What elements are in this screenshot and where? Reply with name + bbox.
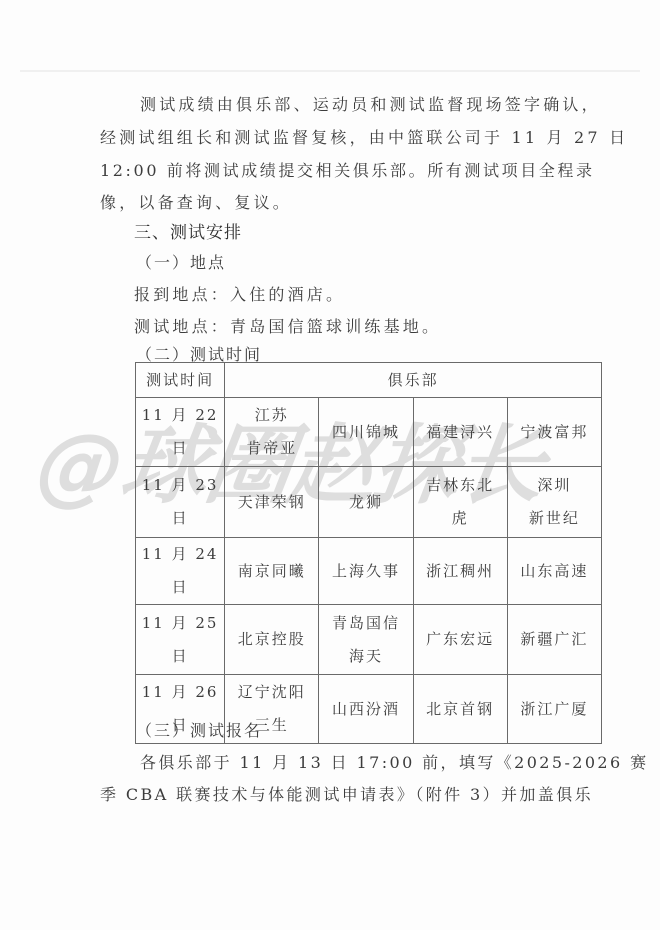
report-location-text: 报到地点：入住的酒店。 <box>134 282 345 305</box>
club-cell: 龙狮 <box>319 467 413 538</box>
registration-line-2: 季 CBA 联赛技术与体能测试申请表》（附件 3）并加盖俱乐 <box>100 782 593 805</box>
club-cell: 北京首钢 <box>413 675 507 744</box>
test-location-text: 测试地点：青岛国信篮球训练基地。 <box>134 314 441 337</box>
registration-line-1: 各俱乐部于 11 月 13 日 17:00 前，填写《2025-2026 赛 <box>140 750 648 773</box>
club-cell: 新疆广汇 <box>507 605 601 675</box>
club-cell: 四川锦城 <box>319 398 413 467</box>
club-cell: 浙江广厦 <box>507 675 601 744</box>
table-row: 11 月 22 日 江苏肯帝亚 四川锦城 福建浔兴 宁波富邦 <box>136 398 602 467</box>
subheading-location: （一）地点 <box>136 250 226 273</box>
results-paragraph-line-4: 像，以备查询、复议。 <box>100 190 292 213</box>
club-cell: 山西汾酒 <box>319 675 413 744</box>
club-cell: 宁波富邦 <box>507 398 601 467</box>
table-row: 11 月 26 日 辽宁沈阳三生 山西汾酒 北京首钢 浙江广厦 <box>136 675 602 744</box>
table-row: 11 月 23 日 天津荣钢 龙狮 吉林东北虎 深圳新世纪 <box>136 467 602 538</box>
table-row: 11 月 25 日 北京控股 青岛国信海天 广东宏远 新疆广汇 <box>136 605 602 675</box>
club-cell: 江苏肯帝亚 <box>225 398 319 467</box>
row-date: 11 月 25 日 <box>136 605 225 675</box>
scan-bleed-through <box>20 70 640 72</box>
club-cell: 山东高速 <box>507 538 601 605</box>
test-schedule-table: 测试时间 俱乐部 11 月 22 日 江苏肯帝亚 四川锦城 福建浔兴 宁波富邦 … <box>135 362 602 744</box>
club-cell: 上海久事 <box>319 538 413 605</box>
club-cell: 青岛国信海天 <box>319 605 413 675</box>
section-heading-arrangement: 三、测试安排 <box>134 218 242 243</box>
club-cell: 天津荣钢 <box>225 467 319 538</box>
club-cell: 浙江稠州 <box>413 538 507 605</box>
row-date: 11 月 22 日 <box>136 398 225 467</box>
club-cell: 北京控股 <box>225 605 319 675</box>
club-cell: 深圳新世纪 <box>507 467 601 538</box>
results-paragraph-line-3: 12:00 前将测试成绩提交相关俱乐部。所有测试项目全程录 <box>100 158 595 181</box>
row-date: 11 月 24 日 <box>136 538 225 605</box>
club-cell: 吉林东北虎 <box>413 467 507 538</box>
club-cell: 福建浔兴 <box>413 398 507 467</box>
row-date: 11 月 23 日 <box>136 467 225 538</box>
results-paragraph-line-1: 测试成绩由俱乐部、运动员和测试监督现场签字确认， <box>140 92 601 115</box>
header-clubs: 俱乐部 <box>225 363 602 398</box>
table-row: 11 月 24 日 南京同曦 上海久事 浙江稠州 山东高速 <box>136 538 602 605</box>
results-paragraph-line-2: 经测试组组长和测试监督复核，由中篮联公司于 11 月 27 日 <box>100 125 628 148</box>
club-cell: 广东宏远 <box>413 605 507 675</box>
row-date: 11 月 26 日 <box>136 675 225 744</box>
club-cell: 南京同曦 <box>225 538 319 605</box>
table-header-row: 测试时间 俱乐部 <box>136 363 602 398</box>
club-cell: 辽宁沈阳三生 <box>225 675 319 744</box>
header-test-time: 测试时间 <box>136 363 225 398</box>
document-page: 测试成绩由俱乐部、运动员和测试监督现场签字确认， 经测试组组长和测试监督复核，由… <box>0 0 660 930</box>
